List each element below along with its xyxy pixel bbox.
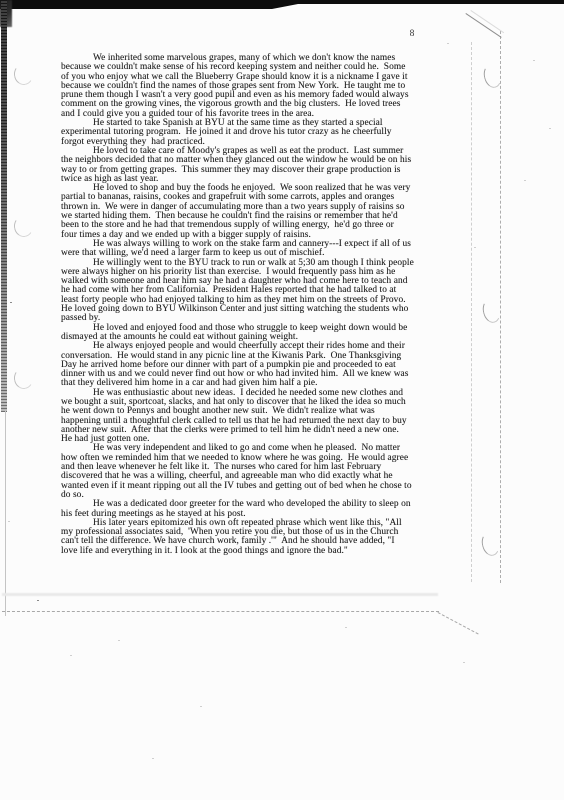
- paper-speck: [345, 627, 347, 628]
- paper-speck: [200, 706, 202, 707]
- paper-speck: [8, 521, 10, 522]
- binder-hole-arc: [479, 530, 501, 557]
- paper-speck: [533, 60, 535, 61]
- protector-seam-right-outer: [471, 42, 472, 582]
- binder-hole-arc: [12, 215, 34, 239]
- paper-speck: [549, 128, 551, 129]
- protector-seam-right-inner: [500, 31, 501, 583]
- protector-seam-bottom: [2, 611, 439, 612]
- protector-seam-bottom-corner: [438, 612, 479, 634]
- binder-hole-arc: [12, 63, 34, 87]
- binder-hole-arc: [12, 367, 34, 391]
- protector-corner-cut-highlight: [470, 10, 504, 33]
- text-line: He loved going down to BYU Wilkinson Cen…: [61, 305, 461, 314]
- paper-speck: [463, 662, 465, 663]
- paper-speck: [10, 302, 12, 303]
- scan-edge-left: [1, 0, 7, 412]
- scan-edge-left-tail: [5, 410, 6, 616]
- paper-speck: [524, 180, 526, 181]
- paper-speck: [474, 247, 476, 248]
- scan-edge-top: [0, 0, 564, 9]
- paper-speck: [152, 758, 154, 759]
- text-line: wanted even if it meant ripping out all …: [61, 482, 461, 491]
- paper-speck: [70, 655, 72, 656]
- paper-speck: [118, 640, 120, 641]
- document-text: We inherited some marvelous grapes, many…: [61, 54, 461, 556]
- paper-bottom-edge: [2, 593, 438, 596]
- text-line: love life and everything in it. I look a…: [61, 547, 461, 556]
- page-number: 8: [404, 29, 420, 39]
- scanned-page: 8 We inherited some marvelous grapes, ma…: [0, 0, 564, 800]
- protector-corner-cut: [465, 13, 501, 38]
- paper-speck: [447, 43, 449, 44]
- paper-speck: [37, 600, 39, 601]
